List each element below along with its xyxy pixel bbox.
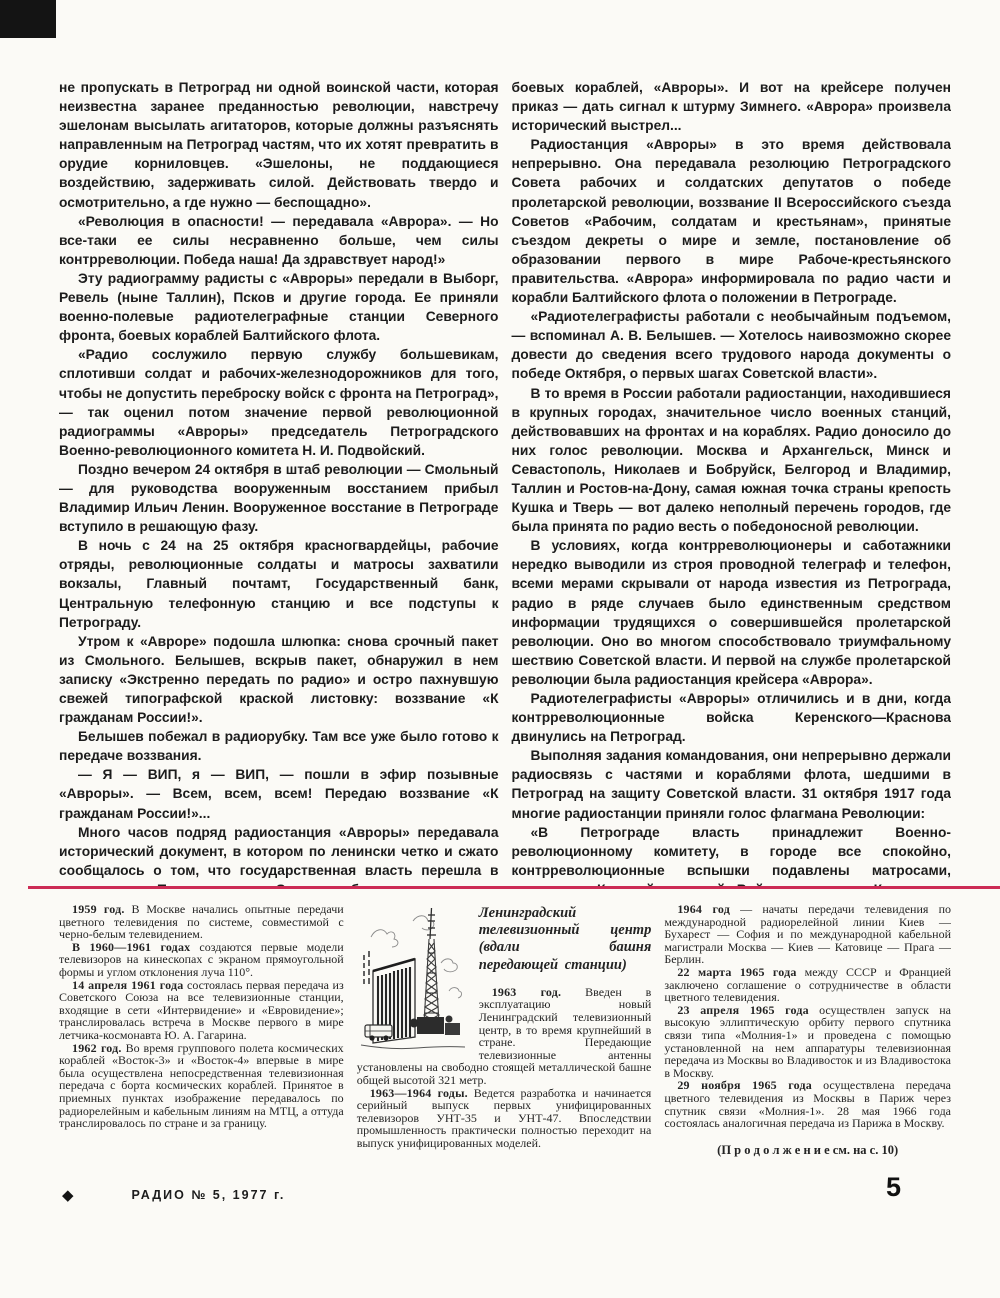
- main-article: не пропускать в Петроград ни одной воинс…: [59, 78, 951, 886]
- article-paragraph: Эту радиограмму радисты с «Авроры» перед…: [59, 269, 499, 345]
- article-paragraph: «В Петрограде власть принадлежит Военно-…: [512, 823, 952, 886]
- article-paragraph: боевых кораблей, «Авроры». И вот на крей…: [512, 78, 952, 135]
- timeline-middle-column: Ленинградский телевизионный центр (вдали…: [357, 903, 652, 1177]
- page-number: 5: [886, 1172, 901, 1202]
- continuation-note: (П р о д о л ж е н и е см. на с. 10): [664, 1144, 951, 1157]
- timeline-item: В 1960—1961 годах создаются первые модел…: [59, 941, 344, 979]
- journal-issue-label: РАДИО № 5, 1977 г.: [132, 1188, 286, 1203]
- magazine-page: не пропускать в Петроград ни одной воинс…: [0, 0, 1000, 1298]
- leningrad-tv-tower-illustration: [357, 905, 469, 1057]
- article-paragraph: Радиостанция «Авроры» в это время действ…: [512, 135, 952, 307]
- article-paragraph: Поздно вечером 24 октября в штаб революц…: [59, 460, 499, 536]
- article-paragraph: «Радиотелеграфисты работали с необычайны…: [512, 307, 952, 383]
- section-divider-rule: [28, 886, 1000, 889]
- timeline-left-column: 1959 год. В Москве начались опытные пере…: [59, 903, 344, 1177]
- article-paragraph: Выполняя задания командования, они непре…: [512, 746, 952, 822]
- article-paragraph: — Я — ВИП, я — ВИП, — пошли в эфир позыв…: [59, 765, 499, 822]
- diamond-icon: ◆: [62, 1188, 74, 1203]
- article-paragraph: В условиях, когда контрреволюционеры и с…: [512, 536, 952, 689]
- article-paragraph: Много часов подряд радиостанция «Авроры»…: [59, 823, 499, 886]
- article-paragraph: Утром к «Авроре» подошла шлюпка: снова с…: [59, 632, 499, 727]
- timeline-item: 22 марта 1965 года между СССР и Францией…: [664, 966, 951, 1004]
- article-paragraph: Радиотелеграфисты «Авроры» отличились и …: [512, 689, 952, 746]
- article-paragraph: Белышев побежал в радиорубку. Там все уж…: [59, 727, 499, 765]
- timeline-item: 1964 год — начаты передачи телевидения п…: [664, 903, 951, 966]
- article-paragraph: В ночь с 24 на 25 октября красногвардейц…: [59, 536, 499, 631]
- timeline-item: 23 апреля 1965 года осуществлен запуск н…: [664, 1004, 951, 1080]
- timeline-item: 1963—1964 годы. Ведется разработка и нач…: [357, 1087, 652, 1150]
- article-paragraph: «Революция в опасности! — передавала «Ав…: [59, 212, 499, 269]
- timeline-item: 1962 год. Во время группового полета кос…: [59, 1042, 344, 1130]
- timeline-item: 14 апреля 1961 года состоялась первая пе…: [59, 979, 344, 1042]
- timeline-item: 29 ноября 1965 года осуществлена передач…: [664, 1079, 951, 1129]
- scan-corner-mark: [0, 0, 56, 38]
- article-left-column: не пропускать в Петроград ни одной воинс…: [59, 78, 499, 886]
- tv-history-timeline: 1959 год. В Москве начались опытные пере…: [59, 903, 951, 1177]
- article-paragraph: «Радио сослужило первую службу большевик…: [59, 345, 499, 460]
- timeline-item-text: Во время группового полета космических к…: [59, 1041, 344, 1131]
- page-footer: ◆ РАДИО № 5, 1977 г.: [62, 1188, 285, 1203]
- timeline-right-column: 1964 год — начаты передачи телевидения п…: [664, 903, 951, 1177]
- article-paragraph: не пропускать в Петроград ни одной воинс…: [59, 78, 499, 212]
- article-right-column: боевых кораблей, «Авроры». И вот на крей…: [512, 78, 952, 886]
- article-paragraph: В то время в России работали радиостанци…: [512, 384, 952, 537]
- timeline-item: 1959 год. В Москве начались опытные пере…: [59, 903, 344, 941]
